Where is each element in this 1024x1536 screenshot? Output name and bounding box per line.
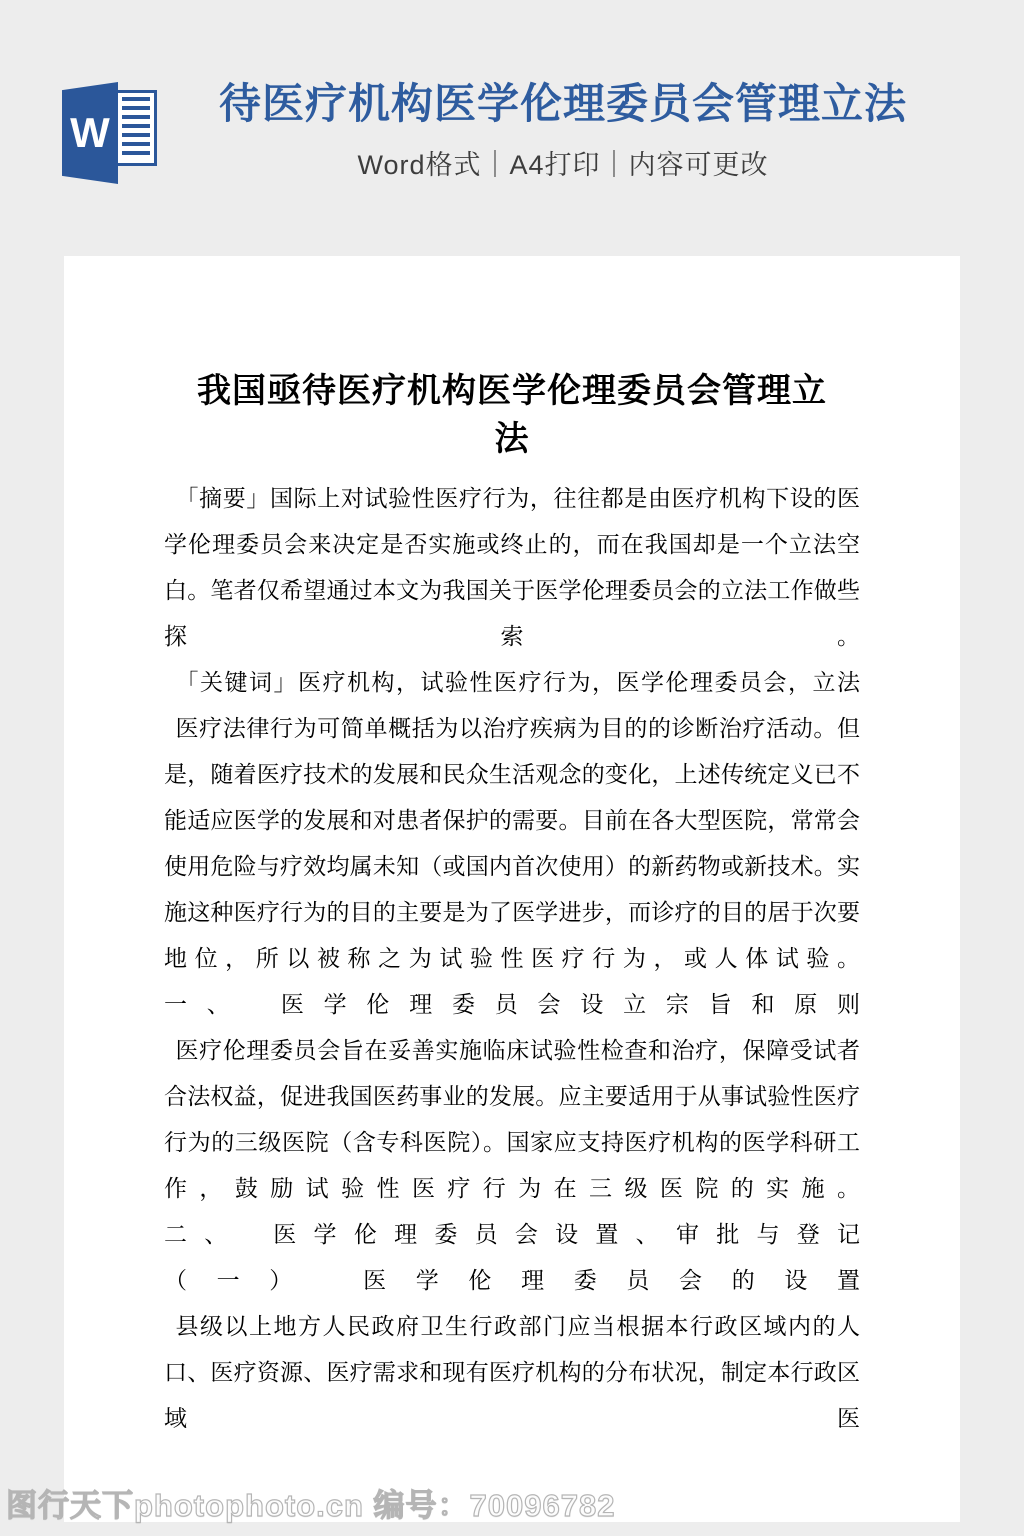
paragraph: 二、 医学伦理委员会设置、审批与登记 bbox=[164, 1212, 860, 1258]
header-text: 待医疗机构医学伦理委员会管理立法 Word格式｜A4打印｜内容可更改 bbox=[219, 78, 907, 182]
sheet-line bbox=[122, 106, 150, 110]
sheet-line bbox=[122, 142, 150, 146]
listing-subtitle: Word格式｜A4打印｜内容可更改 bbox=[219, 143, 907, 182]
word-letter: W bbox=[70, 112, 110, 154]
header-inner: W 待医疗机构医学伦理委员会管理立法 Word格式｜A4打印｜内容可更改 bbox=[62, 78, 907, 184]
sheet-line bbox=[122, 97, 150, 101]
watermark: 图行天下photophoto.cn 编号：70096782 bbox=[6, 1480, 615, 1525]
word-w-panel-icon: W bbox=[62, 82, 118, 184]
word-icon: W bbox=[62, 82, 157, 184]
sheet-line bbox=[122, 151, 150, 155]
sheet-line bbox=[122, 124, 150, 128]
listing-title: 待医疗机构医学伦理委员会管理立法 bbox=[219, 78, 907, 131]
doc-paragraphs: 「摘要」国际上对试验性医疗行为，往往都是由医疗机构下设的医学伦理委员会来决定是否… bbox=[164, 476, 860, 1442]
paragraph: 一、 医学伦理委员会设立宗旨和原则 bbox=[164, 982, 860, 1028]
site-header: W 待医疗机构医学伦理委员会管理立法 Word格式｜A4打印｜内容可更改 bbox=[0, 0, 1024, 256]
sheet-line bbox=[122, 133, 150, 137]
paragraph: 「关键词」医疗机构，试验性医疗行为，医学伦理委员会，立法 bbox=[164, 660, 860, 706]
paragraph: （一） 医学伦理委员会的设置 bbox=[164, 1258, 860, 1304]
paragraph: 医疗伦理委员会旨在妥善实施临床试验性检查和治疗，保障受试者合法权益，促进我国医药… bbox=[164, 1028, 860, 1212]
word-document-sheet-icon bbox=[115, 90, 157, 166]
document-title: 我国亟待医疗机构医学伦理委员会管理立法 bbox=[164, 368, 860, 464]
sheet-line bbox=[122, 115, 150, 119]
document-page: 我国亟待医疗机构医学伦理委员会管理立法 「摘要」国际上对试验性医疗行为，往往都是… bbox=[64, 256, 960, 1522]
paragraph: 「摘要」国际上对试验性医疗行为，往往都是由医疗机构下设的医学伦理委员会来决定是否… bbox=[164, 476, 860, 660]
paragraph: 县级以上地方人民政府卫生行政部门应当根据本行政区域内的人口、医疗资源、医疗需求和… bbox=[164, 1304, 860, 1442]
paragraph: 医疗法律行为可简单概括为以治疗疾病为目的的诊断治疗活动。但是，随着医疗技术的发展… bbox=[164, 706, 860, 982]
